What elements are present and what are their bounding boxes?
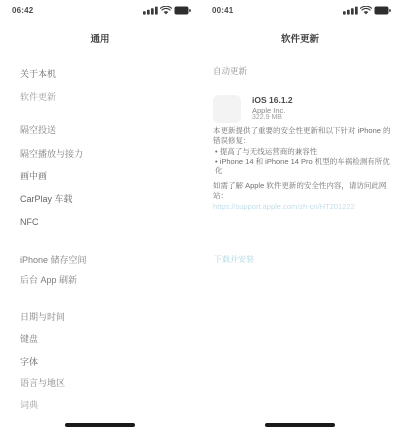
battery-icon: [374, 6, 391, 15]
general-settings-screen: 06:42 通用 关于本机 软件更新 隔空投送 隔空播放与接力 画中画 C: [0, 0, 200, 432]
settings-item-fonts[interactable]: 字体: [20, 355, 38, 368]
status-time: 00:41: [212, 6, 233, 15]
update-description: 本更新提供了重要的安全性更新和以下针对 iPhone 的错误修复：: [213, 126, 391, 145]
settings-item-about[interactable]: 关于本机: [20, 67, 56, 80]
settings-item-iphone-storage[interactable]: iPhone 储存空间: [20, 253, 87, 266]
software-update-screen: 00:41 软件更新 自动更新 iOS 16.1.2 Apple Inc. 3: [200, 0, 400, 432]
settings-item-airdrop[interactable]: 隔空投送: [20, 123, 56, 136]
security-link[interactable]: https://support.apple.com/zh-cn/HT201222: [213, 202, 391, 212]
battery-icon: [174, 6, 191, 15]
status-icons: [343, 6, 391, 15]
security-note: 如需了解 Apple 软件更新的安全性内容，请访问此网站：: [213, 181, 391, 200]
wifi-icon: [160, 6, 172, 15]
home-indicator[interactable]: [65, 423, 135, 427]
download-install-button[interactable]: 下载并安装: [214, 254, 254, 265]
page-title: 软件更新: [200, 31, 400, 45]
settings-item-airplay-handoff[interactable]: 隔空播放与接力: [20, 147, 83, 160]
settings-item-background-app-refresh[interactable]: 后台 App 刷新: [20, 273, 77, 286]
home-indicator[interactable]: [265, 423, 335, 427]
status-time: 06:42: [12, 6, 33, 15]
auto-update-row[interactable]: 自动更新: [213, 65, 247, 77]
status-icons: [143, 6, 191, 15]
settings-item-date-time[interactable]: 日期与时间: [20, 310, 65, 323]
update-bullet: iPhone 14 和 iPhone 14 Pro 机型的车祸检测有所优化: [215, 157, 391, 176]
cellular-signal-icon: [343, 6, 358, 15]
cellular-signal-icon: [143, 6, 158, 15]
update-version: iOS 16.1.2: [252, 95, 293, 105]
update-bullet-list: 提高了与无线运营商的兼容性 iPhone 14 和 iPhone 14 Pro …: [215, 147, 391, 176]
settings-item-nfc[interactable]: NFC: [20, 217, 39, 227]
update-size: 322.9 MB: [252, 114, 282, 121]
update-bullet: 提高了与无线运营商的兼容性: [215, 147, 391, 157]
settings-item-pip[interactable]: 画中画: [20, 169, 47, 182]
page-title: 通用: [0, 31, 200, 45]
settings-item-carplay[interactable]: CarPlay 车载: [20, 192, 73, 205]
settings-item-software-update[interactable]: 软件更新: [20, 90, 56, 103]
settings-item-dictionary[interactable]: 词典: [20, 398, 38, 411]
settings-item-keyboard[interactable]: 键盘: [20, 332, 38, 345]
dual-screenshot-stage: 06:42 通用 关于本机 软件更新 隔空投送 隔空播放与接力 画中画 C: [0, 0, 400, 432]
wifi-icon: [360, 6, 372, 15]
ios-update-icon: [213, 95, 241, 123]
settings-item-language-region[interactable]: 语言与地区: [20, 376, 65, 389]
